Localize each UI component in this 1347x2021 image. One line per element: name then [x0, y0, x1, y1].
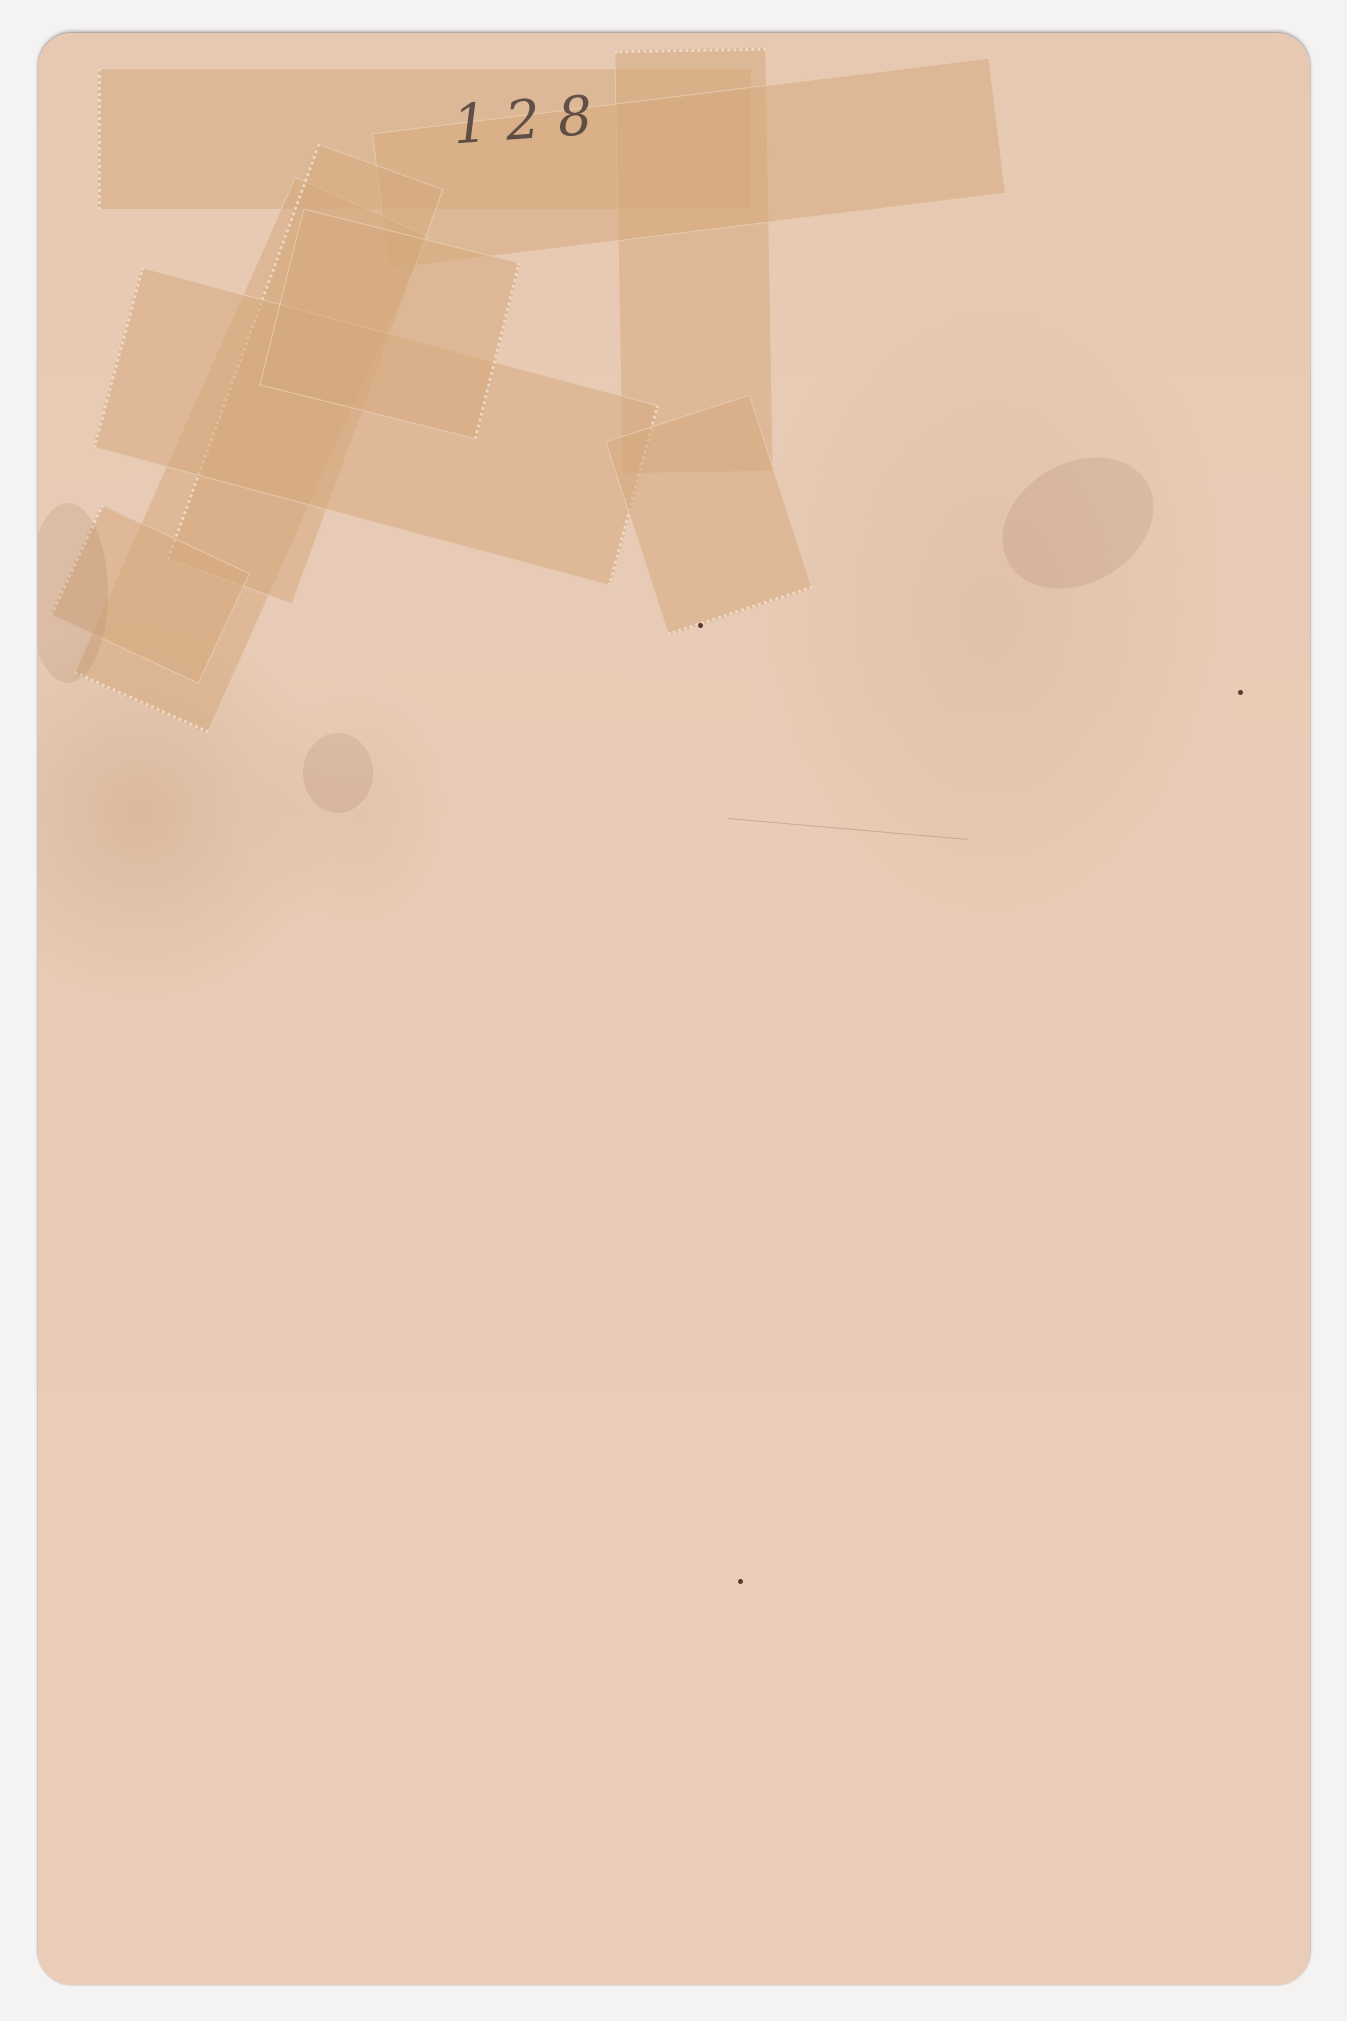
card-back: 128: [38, 33, 1310, 1985]
speck-2: [1238, 690, 1243, 695]
crease-line: [728, 818, 967, 840]
stain-mid-left: [303, 733, 373, 813]
stain-right: [979, 431, 1178, 615]
tape-strip-right-lower: [605, 395, 813, 636]
handwritten-number: 128: [451, 83, 612, 157]
speck-3: [738, 1579, 743, 1584]
speck-1: [698, 623, 703, 628]
